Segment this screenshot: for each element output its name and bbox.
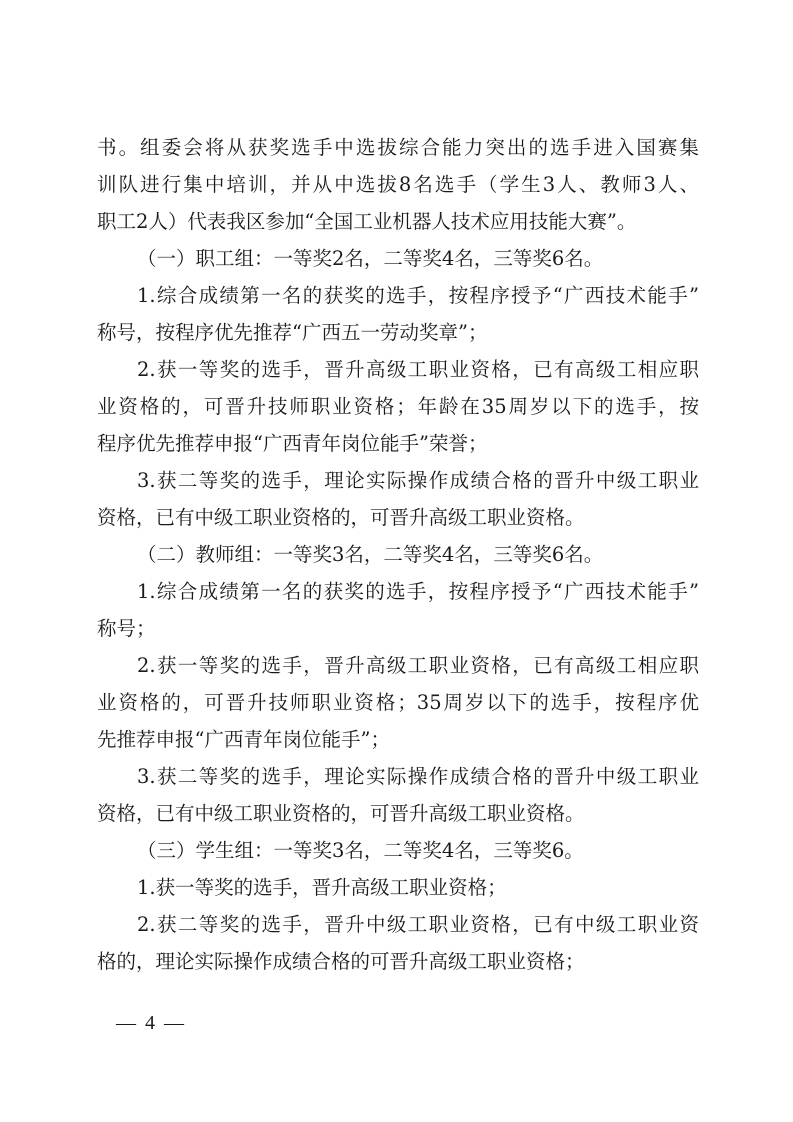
- text-line: 1.综合成绩第一名的获奖的选手，按程序授予“广西技术能手”: [97, 277, 699, 314]
- text-line: 2.获一等奖的选手，晋升高级工职业资格，已有高级工相应职: [97, 351, 699, 388]
- text-line: 程序优先推荐申报“广西青年岗位能手”荣誉；: [97, 425, 699, 462]
- document-page: 书。组委会将从获奖选手中选拔综合能力突出的选手进入国赛集 训队进行集中培训，并从…: [0, 0, 793, 1122]
- text-line: 业资格的，可晋升技师职业资格；35周岁以下的选手，按程序优: [97, 684, 699, 721]
- section-heading-workers: （一）职工组：一等奖2名，二等奖4名，三等奖6名。: [97, 240, 699, 277]
- body-text: 书。组委会将从获奖选手中选拔综合能力突出的选手进入国赛集 训队进行集中培训，并从…: [97, 129, 699, 980]
- section-heading-students: （三）学生组：一等奖3名，二等奖4名，三等奖6。: [97, 832, 699, 869]
- text-line: 先推荐申报“广西青年岗位能手”；: [97, 721, 699, 758]
- text-line: 格的，理论实际操作成绩合格的可晋升高级工职业资格；: [97, 943, 699, 980]
- text-line: 称号；: [97, 610, 699, 647]
- text-line: 资格，已有中级工职业资格的，可晋升高级工职业资格。: [97, 795, 699, 832]
- text-line: 2.获一等奖的选手，晋升高级工职业资格，已有高级工相应职: [97, 647, 699, 684]
- text-line: 1.综合成绩第一名的获奖的选手，按程序授予“广西技术能手”: [97, 573, 699, 610]
- page-number: — 4 —: [116, 1012, 186, 1035]
- text-line: 资格，已有中级工职业资格的，可晋升高级工职业资格。: [97, 499, 699, 536]
- text-line: 1.获一等奖的选手，晋升高级工职业资格；: [97, 869, 699, 906]
- text-line: 业资格的，可晋升技师职业资格；年龄在35周岁以下的选手，按: [97, 388, 699, 425]
- text-line: 2.获二等奖的选手，晋升中级工职业资格，已有中级工职业资: [97, 906, 699, 943]
- text-line: 训队进行集中培训，并从中选拔8名选手（学生3人、教师3人、: [97, 166, 699, 203]
- text-line: 称号，按程序优先推荐“广西五一劳动奖章”；: [97, 314, 699, 351]
- section-heading-teachers: （二）教师组：一等奖3名，二等奖4名，三等奖6名。: [97, 536, 699, 573]
- text-line: 3.获二等奖的选手，理论实际操作成绩合格的晋升中级工职业: [97, 758, 699, 795]
- text-line: 职工2人）代表我区参加“全国工业机器人技术应用技能大赛”。: [97, 203, 699, 240]
- text-line: 书。组委会将从获奖选手中选拔综合能力突出的选手进入国赛集: [97, 129, 699, 166]
- text-line: 3.获二等奖的选手，理论实际操作成绩合格的晋升中级工职业: [97, 462, 699, 499]
